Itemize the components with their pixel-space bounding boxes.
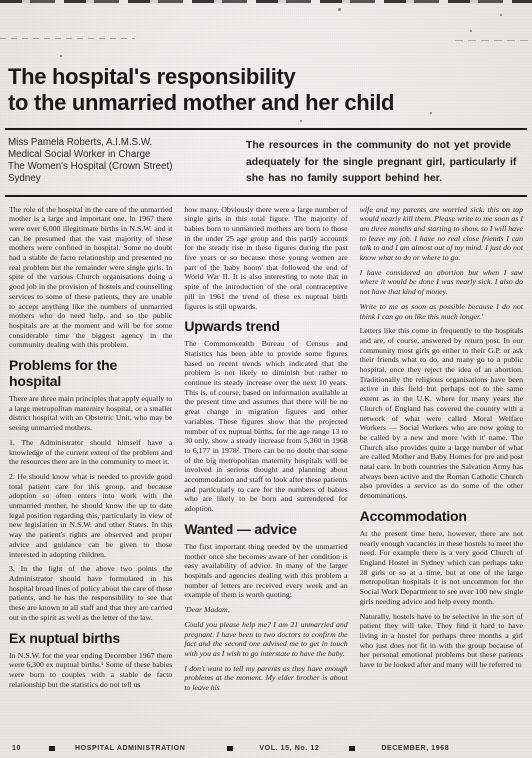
pull-quote: The resources in the community do not ye… bbox=[246, 138, 520, 188]
author-byline: Miss Pamela Roberts, A.I.M.S.W. Medical … bbox=[8, 137, 226, 185]
page-footer: 10 HOSPITAL ADMINISTRATION VOL. 15, No. … bbox=[10, 742, 526, 754]
quoted-letter-paragraph: Could you please help me? I am 21 unmarr… bbox=[184, 620, 347, 659]
scan-speck bbox=[500, 14, 502, 16]
column-2: how many. Obviously there were a large n… bbox=[184, 205, 347, 739]
scanned-article-page: The hospital's responsibility to the unm… bbox=[0, 0, 532, 758]
scan-artifact-line-left bbox=[0, 38, 135, 39]
paragraph: 2. He should know what is needed to prov… bbox=[9, 472, 172, 559]
paragraph: The Commonwealth Bureau of Census and St… bbox=[184, 339, 347, 514]
paragraph: Letters like this come in frequently to … bbox=[360, 326, 523, 501]
quoted-letter-paragraph: 'Dear Madam, bbox=[184, 605, 347, 615]
author-name: Miss Pamela Roberts, A.I.M.S.W. bbox=[8, 137, 226, 149]
paragraph: how many. Obviously there were a large n… bbox=[184, 205, 347, 312]
paragraph: The first important thing needed by the … bbox=[184, 542, 347, 600]
author-city: Sydney bbox=[8, 173, 226, 185]
paragraph: The role of the hospital in the care of … bbox=[9, 205, 172, 351]
scan-speck bbox=[338, 8, 341, 11]
paragraph: 3. In the light of the above two points … bbox=[9, 564, 172, 622]
quoted-letter-paragraph: Write to me as soon as possible because … bbox=[360, 302, 523, 321]
paragraph: 1. The Administrator should himself have… bbox=[9, 438, 172, 467]
quoted-letter-paragraph: I don't want to tell my parents as they … bbox=[184, 664, 347, 693]
author-institution: The Women's Hospital (Crown Street) bbox=[8, 161, 226, 173]
article-body: The role of the hospital in the care of … bbox=[0, 197, 532, 739]
column-3: wife and my parents are worried sick, th… bbox=[360, 205, 523, 739]
scan-speck bbox=[60, 55, 62, 57]
article-title-line2: to the unmarried mother and her child bbox=[8, 90, 524, 116]
section-heading-ex-nuptual-births: Ex nuptual births bbox=[9, 630, 172, 646]
article-title: The hospital's responsibility to the unm… bbox=[8, 64, 524, 116]
scan-speck bbox=[470, 30, 472, 32]
article-title-line1: The hospital's responsibility bbox=[8, 64, 524, 90]
scan-artifact-line-right bbox=[455, 40, 532, 41]
page-number: 10 bbox=[12, 745, 21, 752]
quoted-letter-paragraph: I have considered an abortion but when I… bbox=[360, 268, 523, 297]
scan-speck bbox=[430, 112, 432, 114]
quoted-letter-paragraph: wife and my parents are worried sick, th… bbox=[360, 205, 523, 263]
section-heading-upwards-trend: Upwards trend bbox=[184, 318, 347, 334]
paragraph: Naturally, hostels have to be selective … bbox=[360, 612, 523, 670]
paragraph: In N.S.W. for the year ending December 1… bbox=[9, 651, 172, 690]
article-header: The hospital's responsibility to the unm… bbox=[0, 64, 532, 197]
volume-number: VOL. 15, No. 12 bbox=[259, 745, 319, 752]
scan-artifact-top-edge bbox=[0, 0, 532, 3]
section-heading-wanted-advice: Wanted — advice bbox=[184, 521, 347, 537]
scan-speck bbox=[300, 120, 302, 122]
paragraph: At the present time here, however, there… bbox=[360, 529, 523, 607]
journal-title: HOSPITAL ADMINISTRATION bbox=[75, 745, 185, 752]
issue-date: DECEMBER, 1968 bbox=[381, 745, 449, 752]
section-heading-problems: Problems for the hospital bbox=[9, 357, 172, 389]
section-heading-accommodation: Accommodation bbox=[360, 508, 523, 524]
paragraph: There are three main principles that app… bbox=[9, 394, 172, 433]
square-separator-icon bbox=[227, 746, 233, 751]
column-1: The role of the hospital in the care of … bbox=[9, 205, 172, 739]
square-separator-icon bbox=[349, 746, 355, 751]
author-role: Medical Social Worker in Charge bbox=[8, 149, 226, 161]
byline-row: Miss Pamela Roberts, A.I.M.S.W. Medical … bbox=[0, 130, 532, 195]
square-separator-icon bbox=[49, 746, 55, 751]
